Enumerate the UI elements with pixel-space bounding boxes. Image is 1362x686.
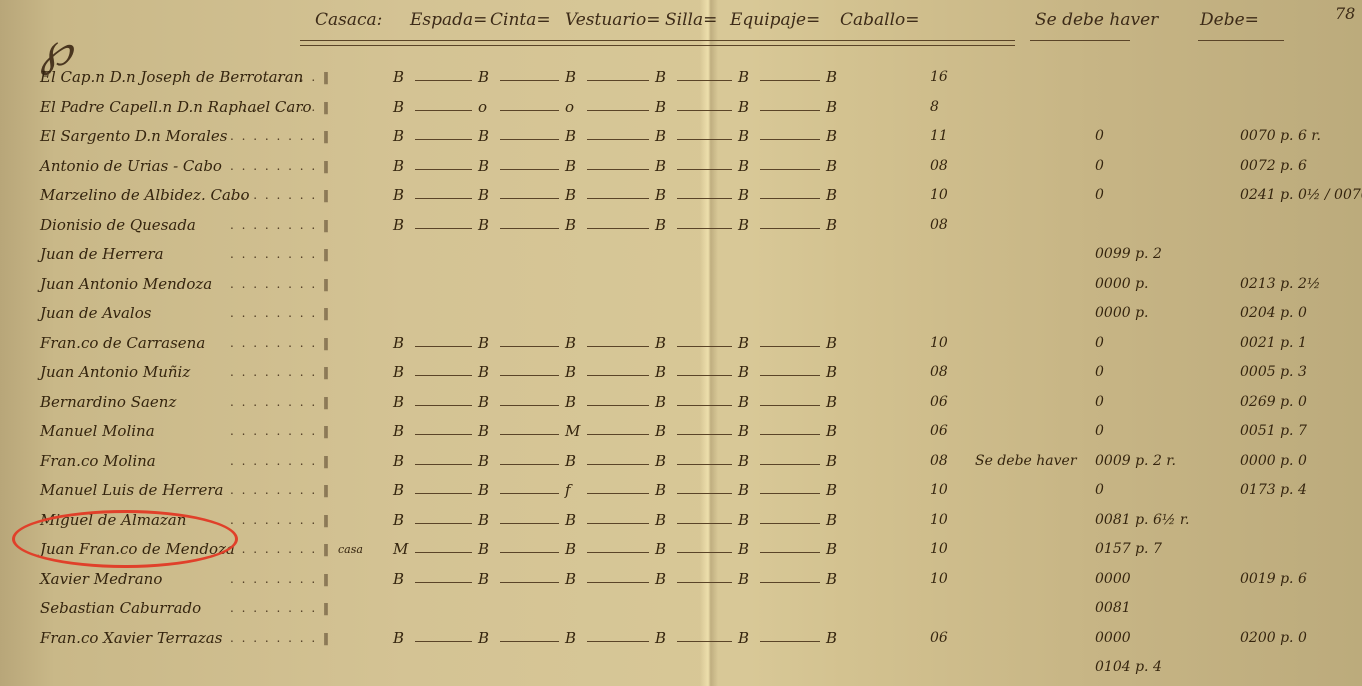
connector-line <box>587 434 649 435</box>
haber-amount: 0104 p. 4 <box>1095 659 1162 675</box>
connector-line <box>500 464 559 465</box>
item-mark: B <box>393 216 404 234</box>
connector-line <box>587 139 649 140</box>
item-mark: o <box>565 98 574 116</box>
item-mark: B <box>565 511 576 529</box>
leader-dots: . . . . . . . . ‖ <box>230 247 331 261</box>
connector-line <box>760 582 820 583</box>
item-mark: B <box>655 452 666 470</box>
ledger-row: 0104 p. 4 <box>0 658 1362 686</box>
item-mark: B <box>738 540 749 558</box>
connector-line <box>587 493 649 494</box>
connector-line <box>500 198 559 199</box>
haber-amount: 0000 p. <box>1095 305 1149 321</box>
leader-dots: . . . . . . . . ‖ <box>230 483 331 497</box>
item-mark: B <box>655 570 666 588</box>
leader-dots: . . . . . . . . ‖ <box>230 188 331 202</box>
connector-line <box>677 228 732 229</box>
connector-line <box>500 493 559 494</box>
connector-line <box>677 198 732 199</box>
connector-line <box>760 434 820 435</box>
item-mark: B <box>655 186 666 204</box>
item-mark: B <box>393 363 404 381</box>
person-name: Manuel Luis de Herrera <box>40 481 224 499</box>
ledger-row: Fran.co de Carrasena. . . . . . . . ‖BBB… <box>0 334 1362 362</box>
item-count: 06 <box>930 394 948 410</box>
connector-line <box>587 405 649 406</box>
connector-line <box>587 582 649 583</box>
connector-line <box>415 139 472 140</box>
connector-line <box>677 169 732 170</box>
haber-amount: 0 <box>1095 394 1104 410</box>
leader-dots: . . . . . . . . ‖ <box>230 601 331 615</box>
leader-dots: . . . . . . . . ‖ <box>230 542 331 556</box>
item-mark: B <box>738 216 749 234</box>
debe-amount: 0005 p. 3 <box>1240 364 1307 380</box>
item-mark: B <box>826 363 837 381</box>
connector-line <box>415 464 472 465</box>
item-mark: B <box>478 186 489 204</box>
debe-amount: 0269 p. 0 <box>1240 394 1307 410</box>
debe-amount: 0173 p. 4 <box>1240 482 1307 498</box>
connector-line <box>760 552 820 553</box>
item-mark: B <box>565 393 576 411</box>
person-name: Bernardino Saenz <box>40 393 176 411</box>
connector-line <box>415 169 472 170</box>
connector-line <box>500 641 559 642</box>
ledger-row: El Cap.n D.n Joseph de Berrotaran. . . .… <box>0 68 1362 96</box>
haber-amount: 0 <box>1095 187 1104 203</box>
connector-line <box>500 405 559 406</box>
connector-line <box>415 198 472 199</box>
item-mark: B <box>478 422 489 440</box>
connector-line <box>587 375 649 376</box>
item-mark: B <box>738 127 749 145</box>
item-mark: B <box>565 363 576 381</box>
debe-amount: 0241 p. 0½ / 0076 p. 0½ <box>1240 187 1362 203</box>
connector-line <box>677 582 732 583</box>
item-mark: B <box>565 186 576 204</box>
item-mark: B <box>478 452 489 470</box>
connector-line <box>415 523 472 524</box>
ledger-row: Xavier Medrano. . . . . . . . ‖BBBBBB100… <box>0 570 1362 598</box>
item-mark: B <box>565 570 576 588</box>
ledger-row: Manuel Molina. . . . . . . . ‖BBMBBB0600… <box>0 422 1362 450</box>
ledger-row: Juan de Avalos. . . . . . . . ‖0000 p.02… <box>0 304 1362 332</box>
leader-dots: . . . . . . . . ‖ <box>230 306 331 320</box>
item-mark: B <box>565 540 576 558</box>
item-mark: B <box>655 363 666 381</box>
person-name: Juan de Herrera <box>40 245 164 263</box>
leader-dots: . . . . . . . . ‖ <box>230 129 331 143</box>
item-mark: B <box>738 422 749 440</box>
item-mark: B <box>738 186 749 204</box>
person-name: Fran.co Xavier Terrazas <box>40 629 222 647</box>
ledger-page: ℘ Casaca: Espada= Cinta= Vestuario= Sill… <box>0 0 1362 686</box>
connector-line <box>760 169 820 170</box>
person-name: Juan de Avalos <box>40 304 151 322</box>
header-equipaje: Equipaje= <box>730 10 820 30</box>
item-mark: B <box>393 393 404 411</box>
row-note: Se debe haver <box>975 453 1077 469</box>
leader-dots: . . . . . . . . ‖ <box>230 454 331 468</box>
person-name: Manuel Molina <box>40 422 155 440</box>
item-mark: B <box>655 393 666 411</box>
item-mark: B <box>738 334 749 352</box>
connector-line <box>587 169 649 170</box>
connector-line <box>415 582 472 583</box>
item-count: 10 <box>930 512 948 528</box>
item-mark: B <box>565 157 576 175</box>
debe-amount: 0213 p. 2½ <box>1240 276 1320 292</box>
connector-line <box>760 405 820 406</box>
connector-line <box>415 641 472 642</box>
connector-line <box>760 493 820 494</box>
connector-line <box>500 139 559 140</box>
connector-line <box>500 169 559 170</box>
ledger-row: Juan Antonio Mendoza. . . . . . . . ‖000… <box>0 275 1362 303</box>
item-mark: B <box>826 216 837 234</box>
item-mark: B <box>738 68 749 86</box>
person-name: El Sargento D.n Morales <box>40 127 227 145</box>
item-mark: B <box>826 452 837 470</box>
ledger-row: Antonio de Urias - Cabo. . . . . . . . ‖… <box>0 157 1362 185</box>
connector-line <box>677 434 732 435</box>
item-mark: B <box>478 363 489 381</box>
leader-dots: . . . . . . . . ‖ <box>230 277 331 291</box>
haber-amount: 0 <box>1095 482 1104 498</box>
prefix-note: casa <box>338 543 363 556</box>
connector-line <box>415 110 472 111</box>
connector-line <box>500 80 559 81</box>
item-mark: B <box>393 570 404 588</box>
item-mark: B <box>478 216 489 234</box>
connector-line <box>500 346 559 347</box>
item-mark: B <box>393 511 404 529</box>
item-mark: B <box>393 157 404 175</box>
header-silla: Silla= <box>665 10 717 30</box>
item-mark: B <box>655 216 666 234</box>
circled-name-annotation <box>12 510 238 568</box>
debe-amount: 0051 p. 7 <box>1240 423 1307 439</box>
header-haber: Se debe haver <box>1035 10 1158 30</box>
person-name: Juan Antonio Muñiz <box>40 363 190 381</box>
ledger-row: Marzelino de Albidez. Cabo. . . . . . . … <box>0 186 1362 214</box>
connector-line <box>677 139 732 140</box>
person-name: Xavier Medrano <box>40 570 162 588</box>
item-mark: B <box>393 98 404 116</box>
connector-line <box>760 641 820 642</box>
person-name: Marzelino de Albidez. Cabo <box>40 186 250 204</box>
item-mark: B <box>655 540 666 558</box>
item-mark: B <box>565 127 576 145</box>
item-mark: B <box>655 511 666 529</box>
item-count: 10 <box>930 482 948 498</box>
connector-line <box>415 228 472 229</box>
item-mark: B <box>826 422 837 440</box>
item-count: 06 <box>930 423 948 439</box>
connector-line <box>587 110 649 111</box>
connector-line <box>760 523 820 524</box>
connector-line <box>677 493 732 494</box>
connector-line <box>415 493 472 494</box>
item-mark: B <box>826 334 837 352</box>
connector-line <box>587 198 649 199</box>
connector-line <box>760 139 820 140</box>
ledger-row: Dionisio de Quesada. . . . . . . . ‖BBBB… <box>0 216 1362 244</box>
leader-dots: . . . . . . . . ‖ <box>230 631 331 645</box>
item-mark: B <box>738 511 749 529</box>
debe-amount: 0021 p. 1 <box>1240 335 1307 351</box>
item-mark: B <box>478 629 489 647</box>
item-mark: B <box>826 127 837 145</box>
item-mark: B <box>565 629 576 647</box>
ledger-row: El Padre Capell.n D.n Raphael Caro. . . … <box>0 98 1362 126</box>
item-mark: o <box>478 98 487 116</box>
item-mark: M <box>565 422 580 440</box>
connector-line <box>677 110 732 111</box>
connector-line <box>587 80 649 81</box>
item-mark: B <box>393 334 404 352</box>
debe-amount: 0070 p. 6 r. <box>1240 128 1321 144</box>
haber-amount: 0 <box>1095 335 1104 351</box>
header-rule-haber <box>1030 40 1130 41</box>
item-mark: B <box>393 452 404 470</box>
item-mark: B <box>478 570 489 588</box>
connector-line <box>415 346 472 347</box>
connector-line <box>677 375 732 376</box>
item-count: 10 <box>930 187 948 203</box>
header-debe: Debe= <box>1200 10 1259 30</box>
connector-line <box>677 523 732 524</box>
header-cinta: Cinta= <box>490 10 551 30</box>
item-count: 10 <box>930 571 948 587</box>
item-mark: B <box>565 334 576 352</box>
item-mark: B <box>738 452 749 470</box>
connector-line <box>760 464 820 465</box>
connector-line <box>415 375 472 376</box>
person-name: Antonio de Urias - Cabo <box>40 157 222 175</box>
item-count: 08 <box>930 364 948 380</box>
haber-amount: 0081 <box>1095 600 1131 616</box>
header-casaca: Casaca: <box>315 10 382 30</box>
item-count: 10 <box>930 335 948 351</box>
item-mark: B <box>393 629 404 647</box>
connector-line <box>760 346 820 347</box>
item-count: 06 <box>930 630 948 646</box>
connector-line <box>500 110 559 111</box>
connector-line <box>500 552 559 553</box>
connector-line <box>500 434 559 435</box>
connector-line <box>677 80 732 81</box>
item-mark: B <box>655 127 666 145</box>
leader-dots: . . . . . . . . ‖ <box>230 513 331 527</box>
person-name: Sebastian Caburrado <box>40 599 201 617</box>
connector-line <box>500 523 559 524</box>
connector-line <box>415 552 472 553</box>
connector-line <box>587 552 649 553</box>
item-mark: B <box>826 570 837 588</box>
ledger-row: Bernardino Saenz. . . . . . . . ‖BBBBBB0… <box>0 393 1362 421</box>
connector-line <box>677 552 732 553</box>
item-mark: B <box>738 393 749 411</box>
connector-line <box>760 375 820 376</box>
connector-line <box>415 434 472 435</box>
ledger-row: Fran.co Molina. . . . . . . . ‖BBBBBB08S… <box>0 452 1362 480</box>
haber-amount: 0081 p. 6½ r. <box>1095 512 1189 528</box>
page-number: 78 <box>1335 4 1355 23</box>
connector-line <box>760 198 820 199</box>
item-mark: B <box>738 570 749 588</box>
connector-line <box>587 346 649 347</box>
haber-amount: 0000 <box>1095 630 1131 646</box>
item-mark: B <box>826 511 837 529</box>
header-rule <box>300 40 1015 46</box>
item-mark: B <box>393 422 404 440</box>
haber-amount: 0 <box>1095 423 1104 439</box>
leader-dots: . . . . . . . . ‖ <box>230 100 331 114</box>
debe-amount: 0000 p. 0 <box>1240 453 1307 469</box>
connector-line <box>677 405 732 406</box>
debe-amount: 0072 p. 6 <box>1240 158 1307 174</box>
item-mark: B <box>826 98 837 116</box>
item-count: 8 <box>930 99 939 115</box>
haber-amount: 0 <box>1095 128 1104 144</box>
item-mark: B <box>655 157 666 175</box>
item-mark: B <box>565 68 576 86</box>
item-mark: B <box>393 481 404 499</box>
ledger-row: Sebastian Caburrado. . . . . . . . ‖0081 <box>0 599 1362 627</box>
item-count: 08 <box>930 158 948 174</box>
item-mark: B <box>826 481 837 499</box>
connector-line <box>500 582 559 583</box>
item-mark: M <box>393 540 408 558</box>
item-count: 16 <box>930 69 948 85</box>
item-mark: B <box>738 157 749 175</box>
person-name: Fran.co de Carrasena <box>40 334 205 352</box>
ledger-row: Manuel Luis de Herrera. . . . . . . . ‖B… <box>0 481 1362 509</box>
leader-dots: . . . . . . . . ‖ <box>230 70 331 84</box>
haber-amount: 0000 p. <box>1095 276 1149 292</box>
item-mark: B <box>478 157 489 175</box>
item-mark: B <box>826 393 837 411</box>
header-caballo: Caballo= <box>840 10 920 30</box>
connector-line <box>500 228 559 229</box>
item-mark: B <box>826 68 837 86</box>
item-mark: B <box>393 68 404 86</box>
connector-line <box>587 523 649 524</box>
connector-line <box>587 228 649 229</box>
connector-line <box>587 641 649 642</box>
item-mark: B <box>826 629 837 647</box>
haber-amount: 0000 <box>1095 571 1131 587</box>
leader-dots: . . . . . . . . ‖ <box>230 572 331 586</box>
item-count: 08 <box>930 453 948 469</box>
item-mark: B <box>478 511 489 529</box>
item-mark: f <box>565 481 571 499</box>
connector-line <box>415 80 472 81</box>
haber-amount: 0009 p. 2 r. <box>1095 453 1176 469</box>
item-mark: B <box>655 629 666 647</box>
leader-dots: . . . . . . . . ‖ <box>230 336 331 350</box>
item-mark: B <box>655 98 666 116</box>
item-mark: B <box>655 422 666 440</box>
header-vestuario: Vestuario= <box>565 10 660 30</box>
item-mark: B <box>393 186 404 204</box>
ledger-row: Fran.co Xavier Terrazas. . . . . . . . ‖… <box>0 629 1362 657</box>
item-mark: B <box>478 68 489 86</box>
haber-amount: 0099 p. 2 <box>1095 246 1162 262</box>
item-mark: B <box>478 481 489 499</box>
connector-line <box>760 228 820 229</box>
item-mark: B <box>826 186 837 204</box>
item-mark: B <box>478 334 489 352</box>
leader-dots: . . . . . . . . ‖ <box>230 218 331 232</box>
item-mark: B <box>478 127 489 145</box>
item-mark: B <box>738 481 749 499</box>
item-mark: B <box>738 98 749 116</box>
connector-line <box>677 346 732 347</box>
item-mark: B <box>655 481 666 499</box>
item-mark: B <box>738 363 749 381</box>
haber-amount: 0 <box>1095 158 1104 174</box>
item-mark: B <box>826 540 837 558</box>
item-mark: B <box>565 452 576 470</box>
haber-amount: 0157 p. 7 <box>1095 541 1162 557</box>
person-name: Dionisio de Quesada <box>40 216 196 234</box>
header-rule-debe <box>1198 40 1284 41</box>
leader-dots: . . . . . . . . ‖ <box>230 365 331 379</box>
item-mark: B <box>655 68 666 86</box>
item-mark: B <box>478 540 489 558</box>
connector-line <box>760 110 820 111</box>
item-mark: B <box>738 629 749 647</box>
debe-amount: 0200 p. 0 <box>1240 630 1307 646</box>
haber-amount: 0 <box>1095 364 1104 380</box>
connector-line <box>677 641 732 642</box>
ledger-row: Juan de Herrera. . . . . . . . ‖0099 p. … <box>0 245 1362 273</box>
leader-dots: . . . . . . . . ‖ <box>230 159 331 173</box>
debe-amount: 0019 p. 6 <box>1240 571 1307 587</box>
connector-line <box>500 375 559 376</box>
item-mark: B <box>478 393 489 411</box>
item-mark: B <box>655 334 666 352</box>
debe-amount: 0204 p. 0 <box>1240 305 1307 321</box>
header-espada: Espada= <box>410 10 487 30</box>
connector-line <box>677 464 732 465</box>
leader-dots: . . . . . . . . ‖ <box>230 424 331 438</box>
item-count: 10 <box>930 541 948 557</box>
connector-line <box>587 464 649 465</box>
item-mark: B <box>393 127 404 145</box>
item-count: 11 <box>930 128 948 144</box>
connector-line <box>415 405 472 406</box>
connector-line <box>760 80 820 81</box>
item-count: 08 <box>930 217 948 233</box>
person-name: Fran.co Molina <box>40 452 156 470</box>
person-name: Juan Antonio Mendoza <box>40 275 212 293</box>
leader-dots: . . . . . . . . ‖ <box>230 395 331 409</box>
item-mark: B <box>826 157 837 175</box>
ledger-row: Juan Antonio Muñiz. . . . . . . . ‖BBBBB… <box>0 363 1362 391</box>
ledger-row: El Sargento D.n Morales. . . . . . . . ‖… <box>0 127 1362 155</box>
item-mark: B <box>565 216 576 234</box>
